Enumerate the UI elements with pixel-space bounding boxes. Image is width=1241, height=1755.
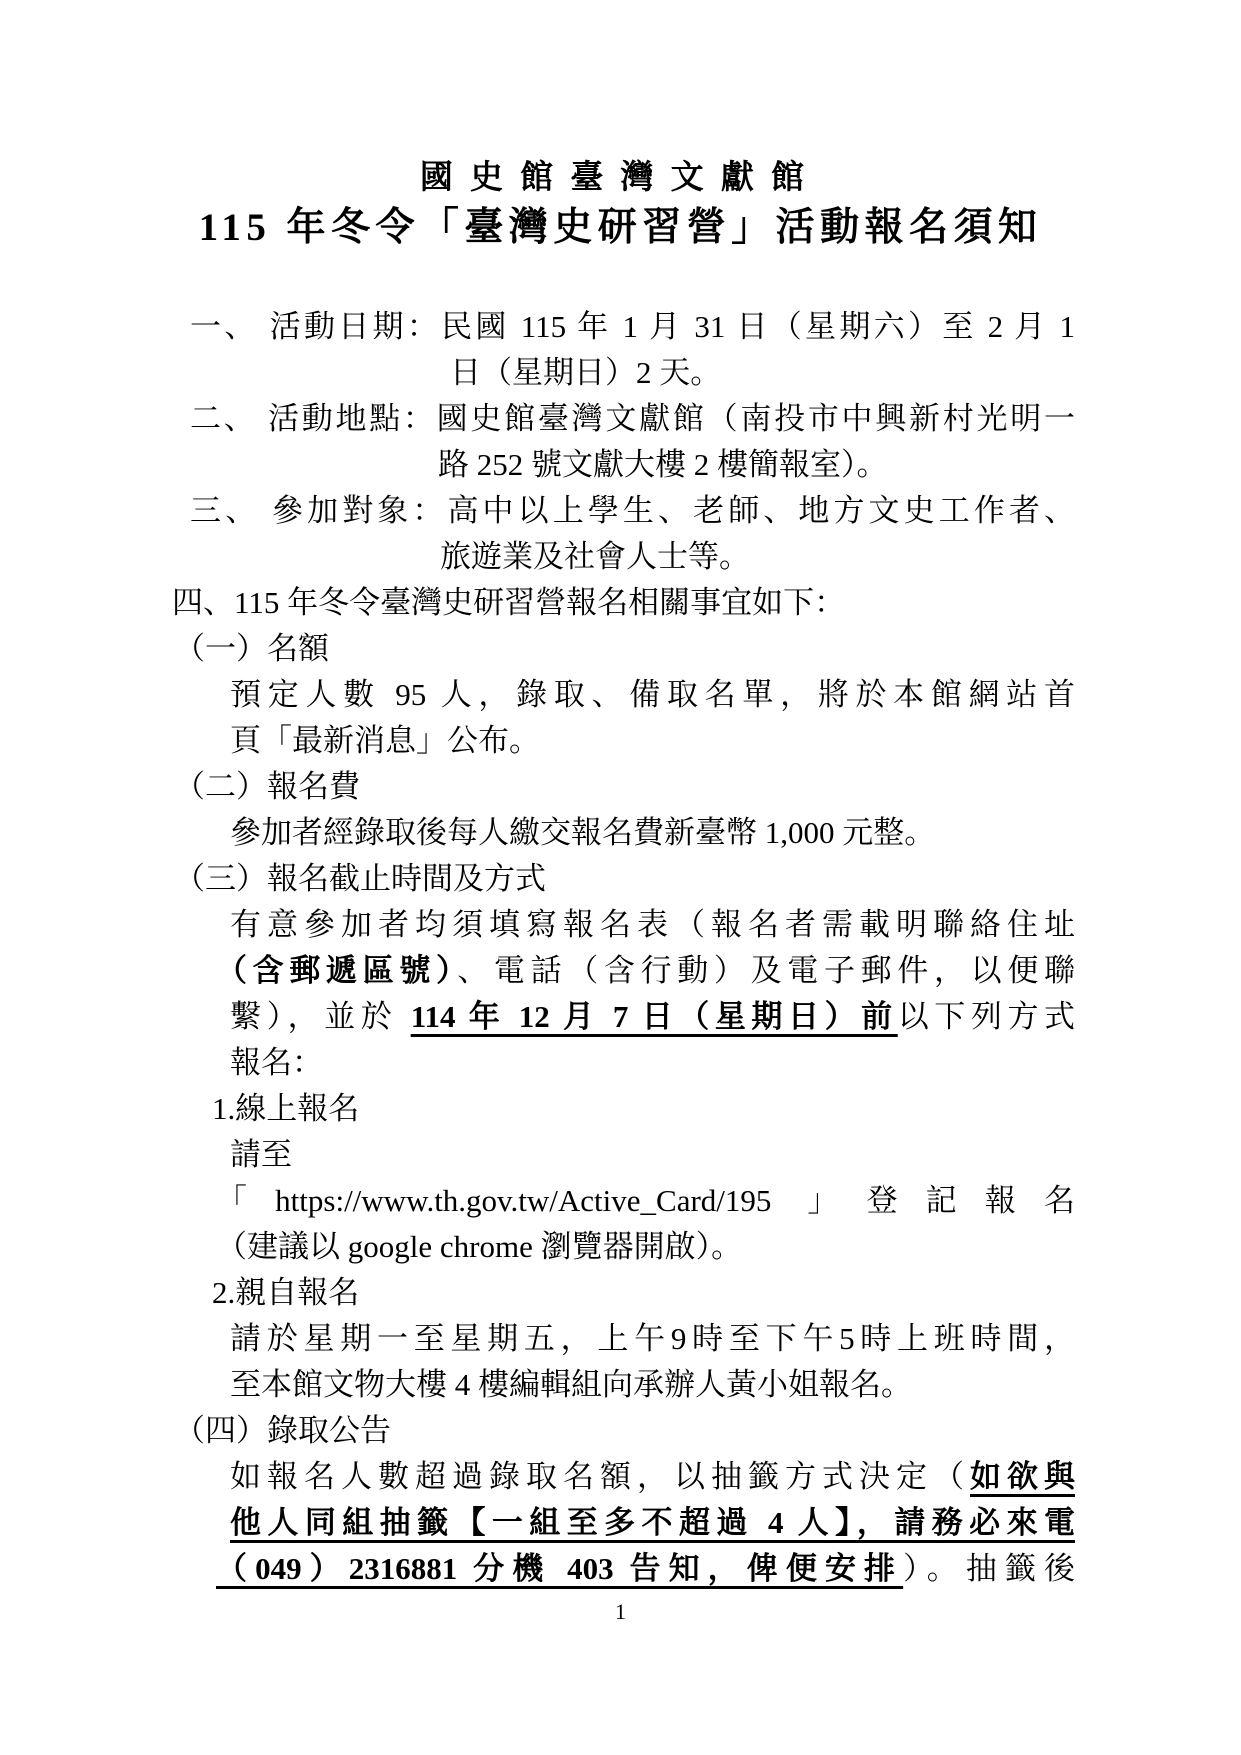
text-line: （含郵遞區號）、電話（含行動）及電子郵件，以便聯 xyxy=(172,948,1075,994)
lottery-notice-emphasis: 如欲與 xyxy=(970,1459,1075,1494)
text-segment: 」登記報名 xyxy=(771,1183,1075,1218)
text-line: 四、115 年冬令臺灣史研習營報名相關事宜如下： xyxy=(172,580,1075,626)
text-segment: ）。抽籤後 xyxy=(903,1551,1075,1586)
text-segment: 繫），並於 xyxy=(230,999,411,1034)
text-line: 如報名人數超過錄取名額，以抽籤方式決定（如欲與 xyxy=(172,1454,1075,1500)
document-title-main: 115 年冬令「臺灣史研習營」活動報名須知 xyxy=(0,202,1241,254)
text-segment: （二）報名費 xyxy=(174,769,360,804)
text-segment: 一、 活動日期：民國 115 年 1 月 31 日（星期六）至 2 月 1 xyxy=(190,309,1075,344)
text-segment: （三）報名截止時間及方式 xyxy=(174,861,546,896)
text-line: 旅遊業及社會人士等。 xyxy=(172,534,1075,580)
text-segment: 日（星期日）2 天。 xyxy=(450,355,721,390)
postal-code-emphasis: （含郵遞區號） xyxy=(216,953,457,988)
text-segment: 1.線上報名 xyxy=(212,1091,359,1126)
text-line: 參加者經錄取後每人繳交報名費新臺幣 1,000 元整。 xyxy=(172,810,1075,856)
text-segment: 參加者經錄取後每人繳交報名費新臺幣 1,000 元整。 xyxy=(230,815,935,850)
text-segment: 、電話（含行動）及電子郵件，以便聯 xyxy=(457,953,1075,988)
text-segment: 報名： xyxy=(230,1045,323,1080)
text-line: 報名： xyxy=(172,1040,1075,1086)
text-line: 一、 活動日期：民國 115 年 1 月 31 日（星期六）至 2 月 1 xyxy=(172,304,1075,350)
text-line: （一）名額 xyxy=(172,626,1075,672)
text-segment: 2.親自報名 xyxy=(212,1275,359,1310)
text-segment: 三、 參加對象：高中以上學生、老師、地方文史工作者、 xyxy=(190,493,1075,528)
text-line: 至本館文物大樓 4 樓編輯組向承辦人黃小姐報名。 xyxy=(172,1362,1075,1408)
text-line: 2.親自報名 xyxy=(172,1270,1075,1316)
text-line: 日（星期日）2 天。 xyxy=(172,350,1075,396)
text-line: 二、 活動地點：國史館臺灣文獻館（南投市中興新村光明一 xyxy=(172,396,1075,442)
text-line: 繫），並於 114 年 12 月 7 日（星期日）前以下列方式 xyxy=(172,994,1075,1040)
text-line: 路 252 號文獻大樓 2 樓簡報室）。 xyxy=(172,442,1075,488)
text-segment: 頁「最新消息」公布。 xyxy=(230,723,540,758)
text-segment: 請至 xyxy=(230,1137,292,1172)
text-segment: 「 xyxy=(216,1183,275,1218)
text-line: 「https://www.th.gov.tw/Active_Card/195 」… xyxy=(172,1178,1075,1224)
text-line: 請於星期一至星期五，上午9時至下午5時上班時間， xyxy=(172,1316,1075,1362)
registration-url: https://www.th.gov.tw/Active_Card/195 xyxy=(275,1183,771,1218)
text-line: 三、 參加對象：高中以上學生、老師、地方文史工作者、 xyxy=(172,488,1075,534)
text-segment: 至本館文物大樓 4 樓編輯組向承辦人黃小姐報名。 xyxy=(230,1367,912,1402)
deadline-emphasis: 114 年 12 月 7 日（星期日）前 xyxy=(411,999,898,1034)
text-segment: 旅遊業及社會人士等。 xyxy=(440,539,750,574)
text-segment: （一）名額 xyxy=(174,631,329,666)
text-line: 有意參加者均須填寫報名表（報名者需載明聯絡住址 xyxy=(172,902,1075,948)
text-segment: 如報名人數超過錄取名額，以抽籤方式決定（ xyxy=(230,1459,970,1494)
text-line: 他人同組抽籤【一組至多不超過 4 人】，請務必來電 xyxy=(172,1500,1075,1546)
text-line: 預定人數 95 人，錄取、備取名單，將於本館網站首 xyxy=(172,672,1075,718)
text-line: （四）錄取公告 xyxy=(172,1408,1075,1454)
text-line: （建議以 google chrome 瀏覽器開啟）。 xyxy=(172,1224,1075,1270)
text-segment: 路 252 號文獻大樓 2 樓簡報室）。 xyxy=(438,447,888,482)
page-number: 1 xyxy=(0,1596,1241,1628)
text-line: 頁「最新消息」公布。 xyxy=(172,718,1075,764)
text-segment: 二、 活動地點：國史館臺灣文獻館（南投市中興新村光明一 xyxy=(190,401,1075,436)
lottery-notice-emphasis: 他人同組抽籤【一組至多不超過 4 人】，請務必來電 xyxy=(230,1505,1075,1540)
text-line: （三）報名截止時間及方式 xyxy=(172,856,1075,902)
lottery-notice-emphasis: （049）2316881 分機 403 告知，俾便安排 xyxy=(216,1551,903,1586)
text-line: 1.線上報名 xyxy=(172,1086,1075,1132)
text-segment: 預定人數 95 人，錄取、備取名單，將於本館網站首 xyxy=(230,677,1075,712)
text-segment: （四）錄取公告 xyxy=(174,1413,391,1448)
text-segment: 請於星期一至星期五，上午9時至下午5時上班時間， xyxy=(230,1321,1075,1356)
document-page: 國史館臺灣文獻館 115 年冬令「臺灣史研習營」活動報名須知 一、 活動日期：民… xyxy=(0,0,1241,1755)
text-segment: 有意參加者均須填寫報名表（報名者需載明聯絡住址 xyxy=(230,907,1075,942)
text-segment: 以下列方式 xyxy=(898,999,1075,1034)
text-line: （049）2316881 分機 403 告知，俾便安排）。抽籤後 xyxy=(172,1546,1075,1592)
document-body: 一、 活動日期：民國 115 年 1 月 31 日（星期六）至 2 月 1日（星… xyxy=(172,304,1075,1592)
document-title-org: 國史館臺灣文獻館 xyxy=(0,156,1241,200)
text-segment: 四、115 年冬令臺灣史研習營報名相關事宜如下： xyxy=(172,585,845,620)
text-line: （二）報名費 xyxy=(172,764,1075,810)
text-segment: （建議以 google chrome 瀏覽器開啟）。 xyxy=(216,1229,742,1264)
text-line: 請至 xyxy=(172,1132,1075,1178)
